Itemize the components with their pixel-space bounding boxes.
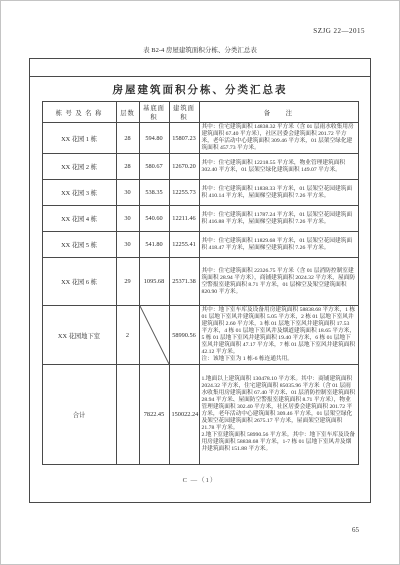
table-row: XX 花园 3 栋 30 538.35 12255.73 其中：住宅建筑面积 1… [42,180,358,206]
remark-text: 其中：地下室车库及设备用房建筑面积 58838.68 平方米，1 栋 01 层地… [199,306,358,365]
base-area-value: 1095.68 [139,258,169,306]
base-area-value: 580.67 [139,154,169,180]
building-name: XX 花园 2 栋 [42,154,116,180]
page-number: 65 [352,526,359,534]
base-area-value: 541.80 [139,232,169,258]
floors-value: 28 [116,154,139,180]
document-page: SZJG 22—2015 表 B2-4 房屋建筑面积分栋、分类汇总表 房屋建筑面… [0,0,400,565]
col-header-floors: 层数 [116,102,139,123]
floors-value: 29 [116,258,139,306]
building-name: XX 花园地下室 [42,306,116,365]
table-row: XX 花园 6 栋 29 1095.68 25371.38 其中：住宅建筑面积 … [42,258,358,306]
table-row-basement: XX 花园地下室 2 58990.56 其中：地下室车库及设备用房建筑面积 58… [42,306,358,365]
built-area-value: 12255.73 [169,180,199,206]
table-row: XX 花园 4 栋 30 540.60 12211.46 其中：住宅建筑面积 1… [42,206,358,232]
form-top-band [30,59,370,77]
floors-value: 28 [116,123,139,154]
built-area-value: 15807.23 [169,123,199,154]
col-header-built-area: 建筑面积 [169,102,199,123]
base-area-value: 540.60 [139,206,169,232]
remark-text: 其中：住宅建筑面积 11838.33 平方米，01 层架空花园建筑面积 410.… [199,180,358,206]
base-area-total: 7822.45 [139,365,169,465]
built-area-value: 58990.56 [169,306,199,365]
form-title: 房屋建筑面积分栋、分类汇总表 [30,77,370,101]
building-name: XX 花园 6 栋 [42,258,116,306]
base-area-value: 594.80 [139,123,169,154]
floors-value: 30 [116,206,139,232]
remark-text: 其中：住宅建筑面积 11787.24 平方米，01 层架空花园建筑面积 416.… [199,206,358,232]
table-row: XX 花园 2 栋 28 580.67 12670.20 其中：住宅建筑面积 1… [42,154,358,180]
built-area-total: 150022.24 [169,365,199,465]
form-footer-code: C —（1） [30,475,370,484]
built-area-value: 12670.20 [169,154,199,180]
remark-text: 其中：住宅建筑面积 12218.55 平方米，物业管理建筑面积 302.40 平… [199,154,358,180]
diagonal-slash [140,306,169,364]
col-header-base-area: 基底面积 [139,102,169,123]
floors-value: 30 [116,232,139,258]
building-name: XX 花园 5 栋 [42,232,116,258]
remark-text: 1.地面以上建筑面积 130478.10 平方米。其中：商铺建筑面积 2024.… [199,365,358,465]
remark-text: 其中：住宅建筑面积 11829.68 平方米，01 层架空花园建筑面积 418.… [199,232,358,258]
total-label: 合计 [42,365,116,465]
base-area-value: 538.35 [139,180,169,206]
col-header-building: 栋 号 及 名 称 [42,102,116,123]
building-name: XX 花园 4 栋 [42,206,116,232]
table-row-total: 合计 7822.45 150022.24 1.地面以上建筑面积 130478.1… [42,365,358,465]
built-area-value: 12255.41 [169,232,199,258]
header-row: 栋 号 及 名 称 层数 基底面积 建筑面积 备 注 [42,102,358,123]
building-name: XX 花园 3 栋 [42,180,116,206]
building-name: XX 花园 1 栋 [42,123,116,154]
standard-code: SZJG 22—2015 [313,27,365,35]
table-row: XX 花园 1 栋 28 594.80 15807.23 其中：住宅建筑面积 1… [42,123,358,154]
table-row: XX 花园 5 栋 30 541.80 12255.41 其中：住宅建筑面积 1… [42,232,358,258]
table-caption: 表 B2-4 房屋建筑面积分栋、分类汇总表 [1,45,399,54]
built-area-value: 12211.46 [169,206,199,232]
floors-value: 30 [116,180,139,206]
floors-value: 2 [116,306,139,365]
remark-text: 其中：住宅建筑面积 14838.32 平方米（含 01 层雨水收集用房建筑面积 … [199,123,358,154]
base-area-not-applicable [139,306,169,365]
remark-text: 其中：住宅建筑面积 22326.75 平方米（含 01 层消防控制室建筑面积 2… [199,258,358,306]
floors-value [116,365,139,465]
built-area-value: 25371.38 [169,258,199,306]
form-border-box: 房屋建筑面积分栋、分类汇总表 栋 号 及 名 称 层数 基底面积 建筑面积 备 … [29,58,371,503]
col-header-remark: 备 注 [199,102,358,123]
area-summary-table: 栋 号 及 名 称 层数 基底面积 建筑面积 备 注 XX 花园 1 栋 28 … [42,101,359,465]
